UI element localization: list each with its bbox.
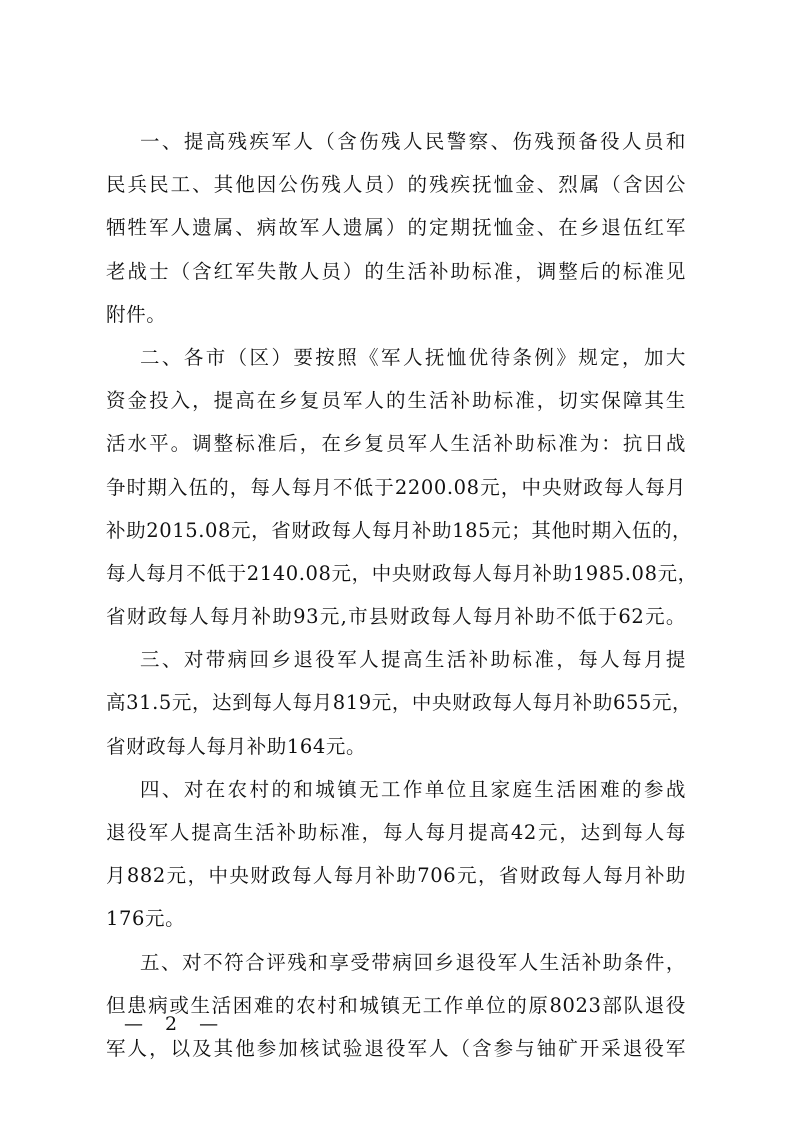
paragraph-2-line-2: 资金投入，提高在乡复员军人的生活补助标准，切实保障其生	[106, 379, 686, 422]
paragraph-1-line-4: 老战士（含红军失散人员）的生活补助标准，调整后的标准见	[106, 250, 686, 293]
paragraph-2-line-3: 活水平。调整标准后，在乡复员军人生活补助标准为：抗日战	[106, 422, 686, 465]
paragraph-3-line-3: 省财政每人每月补助164元。	[106, 725, 686, 768]
paragraph-2-line-6: 每人每月不低于2140.08元，中央财政每人每月补助1985.08元，	[106, 552, 686, 595]
paragraph-2-line-4: 争时期入伍的，每人每月不低于2200.08元，中央财政每人每月	[106, 466, 686, 509]
paragraph-1-line-2: 民兵民工、其他因公伤残人员）的残疾抚恤金、烈属（含因公	[106, 163, 686, 206]
paragraph-1-line-5: 附件。	[106, 293, 686, 336]
page-number: — 2 —	[124, 1012, 226, 1036]
paragraph-5-line-1: 五、对不符合评残和享受带病回乡退役军人生活补助条件，	[106, 941, 686, 984]
paragraph-2-line-1: 二、各市（区）要按照《军人抚恤优待条例》规定，加大	[106, 336, 686, 379]
paragraph-3-line-2: 高31.5元，达到每人每月819元，中央财政每人每月补助655元，	[106, 681, 686, 724]
paragraph-2-line-7: 省财政每人每月补助93元,市县财政每人每月补助不低于62元。	[106, 595, 686, 638]
paragraph-1-line-3: 牺牲军人遗属、病故军人遗属）的定期抚恤金、在乡退伍红军	[106, 206, 686, 249]
paragraph-4-line-3: 月882元，中央财政每人每月补助706元，省财政每人每月补助	[106, 854, 686, 897]
document-body: 一、提高残疾军人（含伤残人民警察、伤残预备役人员和 民兵民工、其他因公伤残人员）…	[106, 120, 686, 1070]
paragraph-4-line-2: 退役军人提高生活补助标准，每人每月提高42元，达到每人每	[106, 811, 686, 854]
paragraph-1-line-1: 一、提高残疾军人（含伤残人民警察、伤残预备役人员和	[106, 120, 686, 163]
paragraph-4-line-1: 四、对在农村的和城镇无工作单位且家庭生活困难的参战	[106, 768, 686, 811]
paragraph-2-line-5: 补助2015.08元，省财政每人每月补助185元；其他时期入伍的，	[106, 509, 686, 552]
paragraph-3-line-1: 三、对带病回乡退役军人提高生活补助标准，每人每月提	[106, 638, 686, 681]
document-page: 一、提高残疾军人（含伤残人民警察、伤残预备役人员和 民兵民工、其他因公伤残人员）…	[0, 0, 792, 1122]
paragraph-4-line-4: 176元。	[106, 897, 686, 940]
